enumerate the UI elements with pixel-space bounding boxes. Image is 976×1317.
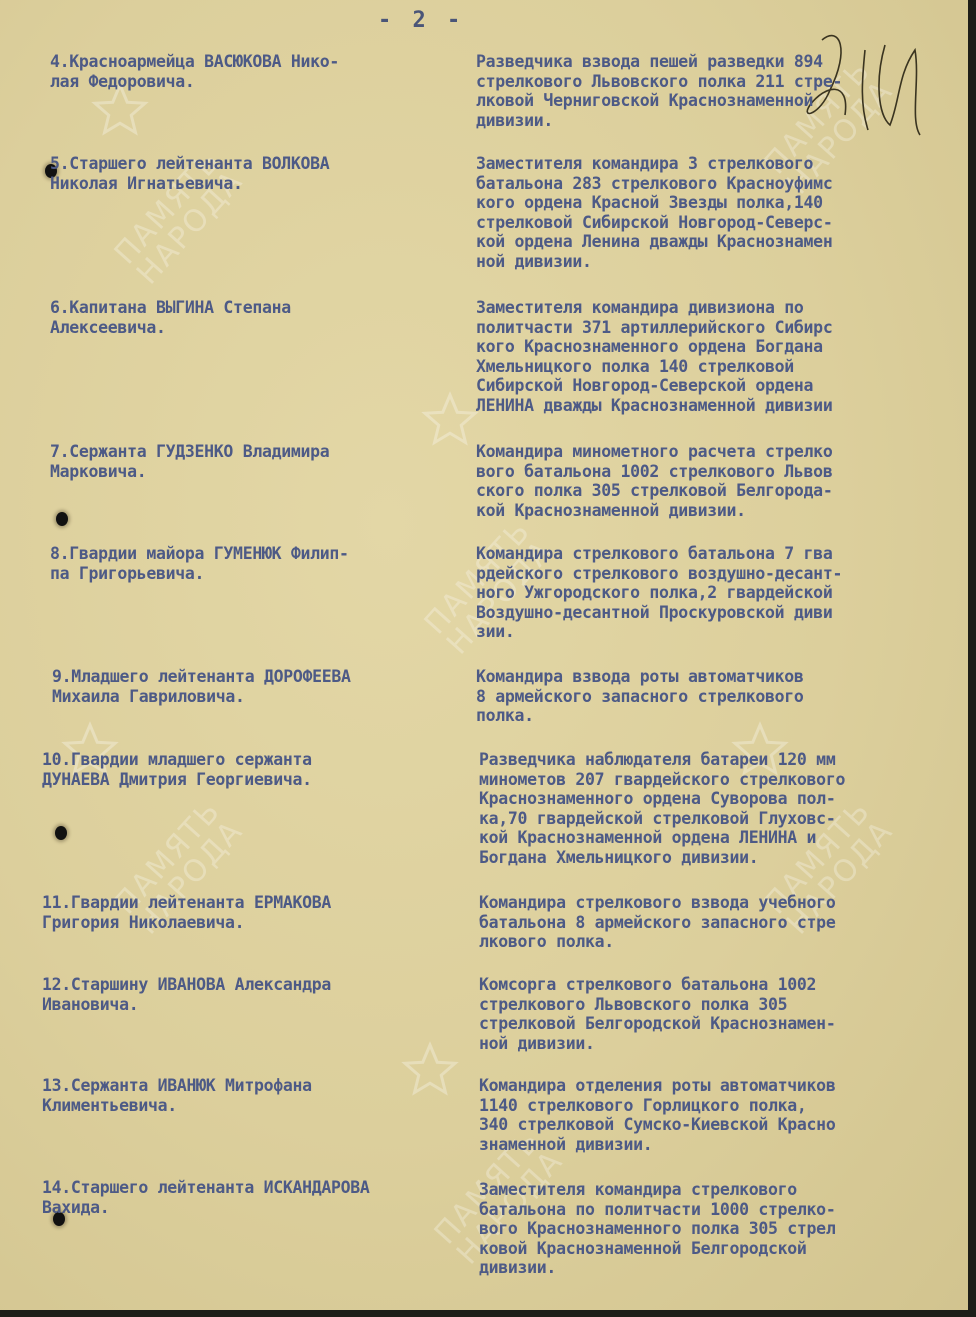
entry-position: Разведчика наблюдателя батареи 120 мм ми… xyxy=(479,750,968,867)
entry-position: Заместителя командира дивизиона по полит… xyxy=(476,298,968,415)
entry-name: Красноармейца ВАСЮКОВА Нико- лая Федоров… xyxy=(50,52,339,91)
entry-number: 14. xyxy=(42,1178,71,1197)
scan-border-bottom xyxy=(0,1310,976,1317)
entry-name: Гвардии майора ГУМЕНЮК Филип- па Григорь… xyxy=(50,544,349,583)
entry-position: Командира стрелкового взвода учебного ба… xyxy=(479,893,968,952)
entry-number: 11. xyxy=(42,893,71,912)
entry-number: 8. xyxy=(50,544,69,563)
entry-name: Старшину ИВАНОВА Александра Ивановича. xyxy=(42,975,331,1014)
entry-position: Разведчика взвода пешей разведки 894 стр… xyxy=(476,52,968,130)
entry-number: 5. xyxy=(50,154,69,173)
entry-number: 10. xyxy=(42,750,71,769)
entry-name: Старшего лейтенанта ВОЛКОВА Николая Игна… xyxy=(50,154,329,193)
watermark-star-icon xyxy=(420,390,480,450)
entry-number: 12. xyxy=(42,975,71,994)
entry-number: 9. xyxy=(52,667,71,686)
entry-position: Командира минометного расчета стрелко во… xyxy=(476,442,968,520)
entry-name: Гвардии младшего сержанта ДУНАЕВА Дмитри… xyxy=(42,750,312,789)
entry-number: 4. xyxy=(50,52,69,71)
punch-hole xyxy=(55,826,67,840)
entry-number: 13. xyxy=(42,1076,71,1095)
entry-position: Командира отделения роты автоматчиков 11… xyxy=(479,1076,968,1154)
entry-name: Сержанта ГУДЗЕНКО Владимира Марковича. xyxy=(50,442,329,481)
entry-name: Старшего лейтенанта ИСКАНДАРОВА Вахида. xyxy=(42,1178,370,1217)
entry-position: Командира стрелкового батальона 7 гва рд… xyxy=(476,544,968,642)
entry-name: Капитана ВЫГИНА Степана Алексеевича. xyxy=(50,298,291,337)
document-page: ПАМЯТЬ НАРОДА ПАМЯТЬ НАРОДА ПАМЯТЬ НАРОД… xyxy=(0,0,968,1310)
page-number: - 2 - xyxy=(378,8,464,33)
scan-border-right xyxy=(968,0,976,1317)
entry-position: Заместителя командира 3 стрелкового бата… xyxy=(476,154,968,271)
entry-name: Сержанта ИВАНЮК Митрофана Климентьевича. xyxy=(42,1076,312,1115)
entry-number: 6. xyxy=(50,298,69,317)
entry-position: Комсорга стрелкового батальона 1002 стре… xyxy=(479,975,968,1053)
entry-number: 7. xyxy=(50,442,69,461)
punch-hole xyxy=(56,512,68,526)
entry-name: Гвардии лейтенанта ЕРМАКОВА Григория Ник… xyxy=(42,893,331,932)
entry-position: Командира взвода роты автоматчиков 8 арм… xyxy=(476,667,968,726)
entry-name: Младшего лейтенанта ДОРОФЕЕВА Михаила Га… xyxy=(52,667,351,706)
entry-position: Заместителя командира стрелкового баталь… xyxy=(479,1180,968,1278)
